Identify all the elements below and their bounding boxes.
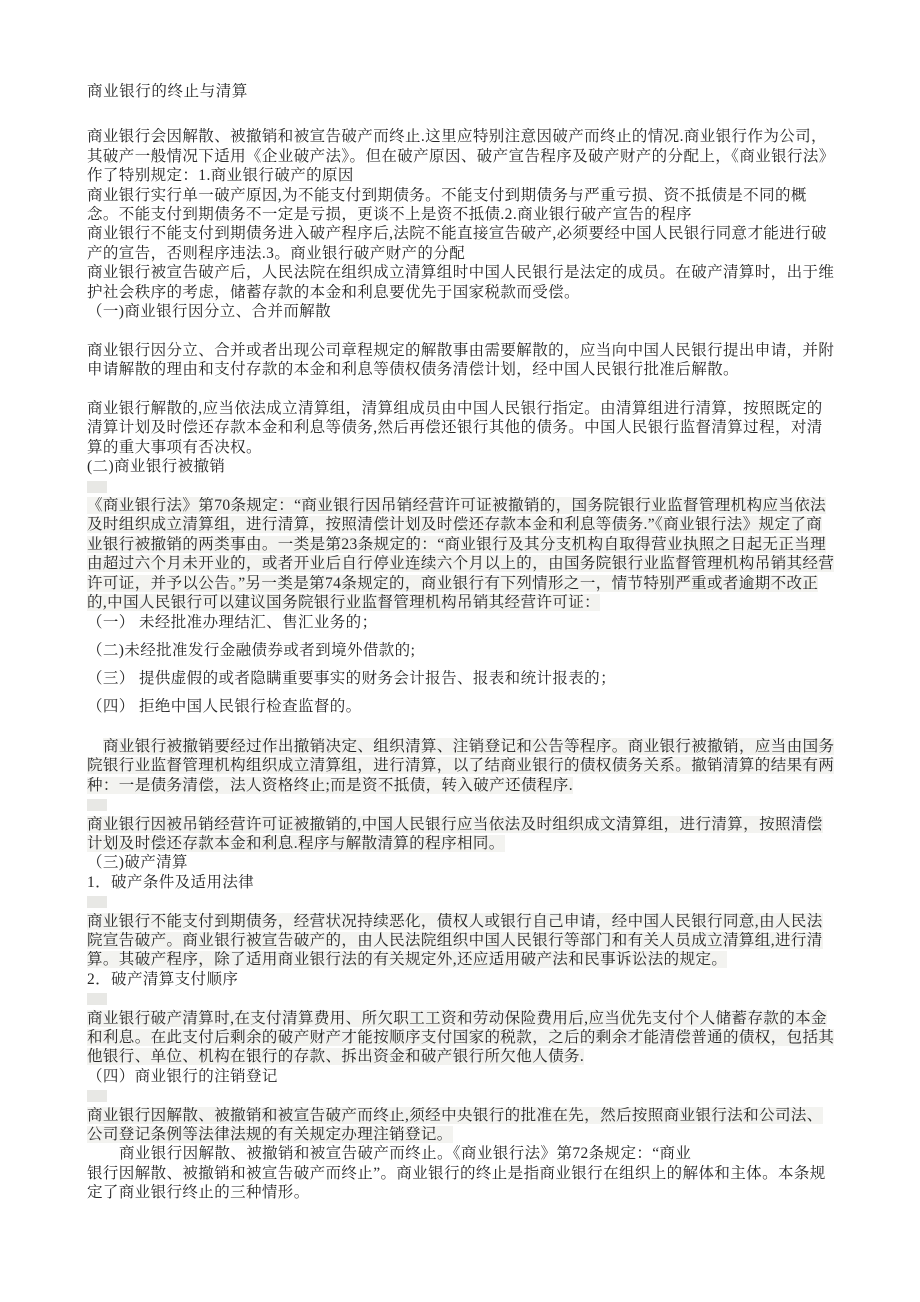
document-body: 商业银行会因解散、被撤销和被宣告破产而终止.这里应特别注意因破产而终止的情况.商…: [87, 127, 838, 1202]
highlight-block-row: [87, 795, 838, 814]
paragraph-text: 商业银行被撤销要经过作出撤销决定、组织清算、注销登记和公告等程序。商业银行被撤销…: [87, 738, 834, 794]
paragraph-text: 商业银行解散的,应当依法成立清算组，清算组成员由中国人民银行指定。由清算组进行清…: [87, 400, 823, 456]
section-heading: 1．破产条件及适用法律: [87, 873, 838, 892]
section-heading: （一)商业银行因分立、合并而解散: [87, 302, 838, 321]
section-heading: (二)商业银行被撤销: [87, 457, 838, 476]
paragraph: 《商业银行法》第70条规定：“商业银行因吊销经营许可证被撤销的，国务院银行业监督…: [87, 496, 838, 612]
highlight-block: [87, 896, 107, 908]
paragraph-text: 商业银行因解散、被撤销和被宣告破产而终止。《商业银行法》第72条规定：“商业 银…: [87, 1145, 826, 1201]
paragraph: 商业银行因被吊销经营许可证被撤销的,中国人民银行应当依法及时组织成文清算组，进行…: [87, 815, 838, 854]
blank-line: [87, 380, 838, 399]
paragraph-text: 商业银行破产清算时,在支付清算费用、所欠职工工资和劳动保险费用后,应当优先支付个…: [87, 1010, 834, 1066]
highlight-block-row: [87, 989, 838, 1008]
section-heading: （四）商业银行的注销登记: [87, 1067, 838, 1086]
paragraph: 商业银行被撤销要经过作出撤销决定、组织清算、注销登记和公告等程序。商业银行被撤销…: [87, 737, 838, 795]
paragraph-text: （三） 提供虚假的或者隐瞒重要事实的财务会计报告、报表和统计报表的；: [87, 670, 616, 687]
paragraph: 商业银行实行单一破产原因,为不能支付到期债务。不能支付到期债务与严重亏损、资不抵…: [87, 186, 838, 225]
paragraph-text: 商业银行因解散、被撤销和被宣告破产而终止,须经中央银行的批准在先，然后按照商业银…: [87, 1107, 823, 1143]
paragraph-text: 商业银行不能支付到期债务，经营状况持续恶化，债权人或银行自己申请，经中国人民银行…: [87, 913, 823, 969]
list-item: （二)未经批准发行金融债券或者到境外借款的;: [87, 641, 838, 660]
paragraph-text: （二)未经批准发行金融债券或者到境外借款的;: [87, 642, 415, 659]
paragraph: 商业银行因解散、被撤销和被宣告破产而终止。《商业银行法》第72条规定：“商业 银…: [87, 1144, 838, 1202]
paragraph: 商业银行不能支付到期债务进入破产程序后,法院不能直接宣告破产,必须要经中国人民银…: [87, 224, 838, 263]
paragraph: 商业银行被宣告破产后，人民法院在组织成立清算组时中国人民银行是法定的成员。在破产…: [87, 263, 838, 302]
paragraph: 商业银行破产清算时,在支付清算费用、所欠职工工资和劳动保险费用后,应当优先支付个…: [87, 1009, 838, 1067]
paragraph: 商业银行会因解散、被撤销和被宣告破产而终止.这里应特别注意因破产而终止的情况.商…: [87, 127, 838, 185]
section-heading: 2．破产清算支付顺序: [87, 970, 838, 989]
highlight-block: [87, 481, 107, 493]
section-heading: （三)破产清算: [87, 853, 838, 872]
paragraph-text: 商业银行会因解散、被撤销和被宣告破产而终止.这里应特别注意因破产而终止的情况.商…: [87, 128, 835, 184]
paragraph-text: 《商业银行法》第70条规定：“商业银行因吊销经营许可证被撤销的，国务院银行业监督…: [87, 497, 834, 611]
blank-line: [87, 321, 838, 340]
paragraph: 商业银行解散的,应当依法成立清算组，清算组成员由中国人民银行指定。由清算组进行清…: [87, 399, 838, 457]
paragraph-text: 商业银行因被吊销经营许可证被撤销的,中国人民银行应当依法及时组织成文清算组，进行…: [87, 816, 823, 852]
list-item: （一） 未经批准办理结汇、售汇业务的；: [87, 613, 838, 632]
paragraph-text: 2．破产清算支付顺序: [87, 971, 238, 988]
paragraph-text: （四）商业银行的注销登记: [87, 1068, 278, 1085]
paragraph: 商业银行不能支付到期债务，经营状况持续恶化，债权人或银行自己申请，经中国人民银行…: [87, 912, 838, 970]
paragraph: 商业银行因解散、被撤销和被宣告破产而终止,须经中央银行的批准在先，然后按照商业银…: [87, 1106, 838, 1145]
paragraph-text: 商业银行被宣告破产后，人民法院在组织成立清算组时中国人民银行是法定的成员。在破产…: [87, 264, 834, 300]
highlight-block: [87, 993, 107, 1005]
paragraph-text: 商业银行不能支付到期债务进入破产程序后,法院不能直接宣告破产,必须要经中国人民银…: [87, 225, 827, 261]
highlight-block-row: [87, 892, 838, 911]
paragraph-text: （四） 拒绝中国人民银行检查监督的。: [87, 698, 362, 715]
paragraph-text: （一） 未经批准办理结汇、售汇业务的；: [87, 614, 377, 631]
paragraph-text: 商业银行实行单一破产原因,为不能支付到期债务。不能支付到期债务与严重亏损、资不抵…: [87, 187, 807, 223]
paragraph: 商业银行因分立、合并或者出现公司章程规定的解散事由需要解散的，应当向中国人民银行…: [87, 341, 838, 380]
paragraph-text: 商业银行因分立、合并或者出现公司章程规定的解散事由需要解散的，应当向中国人民银行…: [87, 342, 834, 378]
highlight-block-row: [87, 477, 838, 496]
document-page: 商业银行的终止与清算 商业银行会因解散、被撤销和被宣告破产而终止.这里应特别注意…: [0, 0, 920, 1302]
highlight-block-row: [87, 1086, 838, 1105]
paragraph-text: 1．破产条件及适用法律: [87, 874, 254, 891]
list-item: （三） 提供虚假的或者隐瞒重要事实的财务会计报告、报表和统计报表的；: [87, 669, 838, 688]
list-item: （四） 拒绝中国人民银行检查监督的。: [87, 697, 838, 716]
highlight-block: [87, 1090, 107, 1102]
document-title: 商业银行的终止与清算: [87, 82, 838, 101]
paragraph-text: （一)商业银行因分立、合并而解散: [87, 303, 331, 320]
paragraph-text: （三)破产清算: [87, 854, 188, 871]
paragraph-text: (二)商业银行被撤销: [87, 458, 225, 475]
highlight-block: [87, 799, 107, 811]
